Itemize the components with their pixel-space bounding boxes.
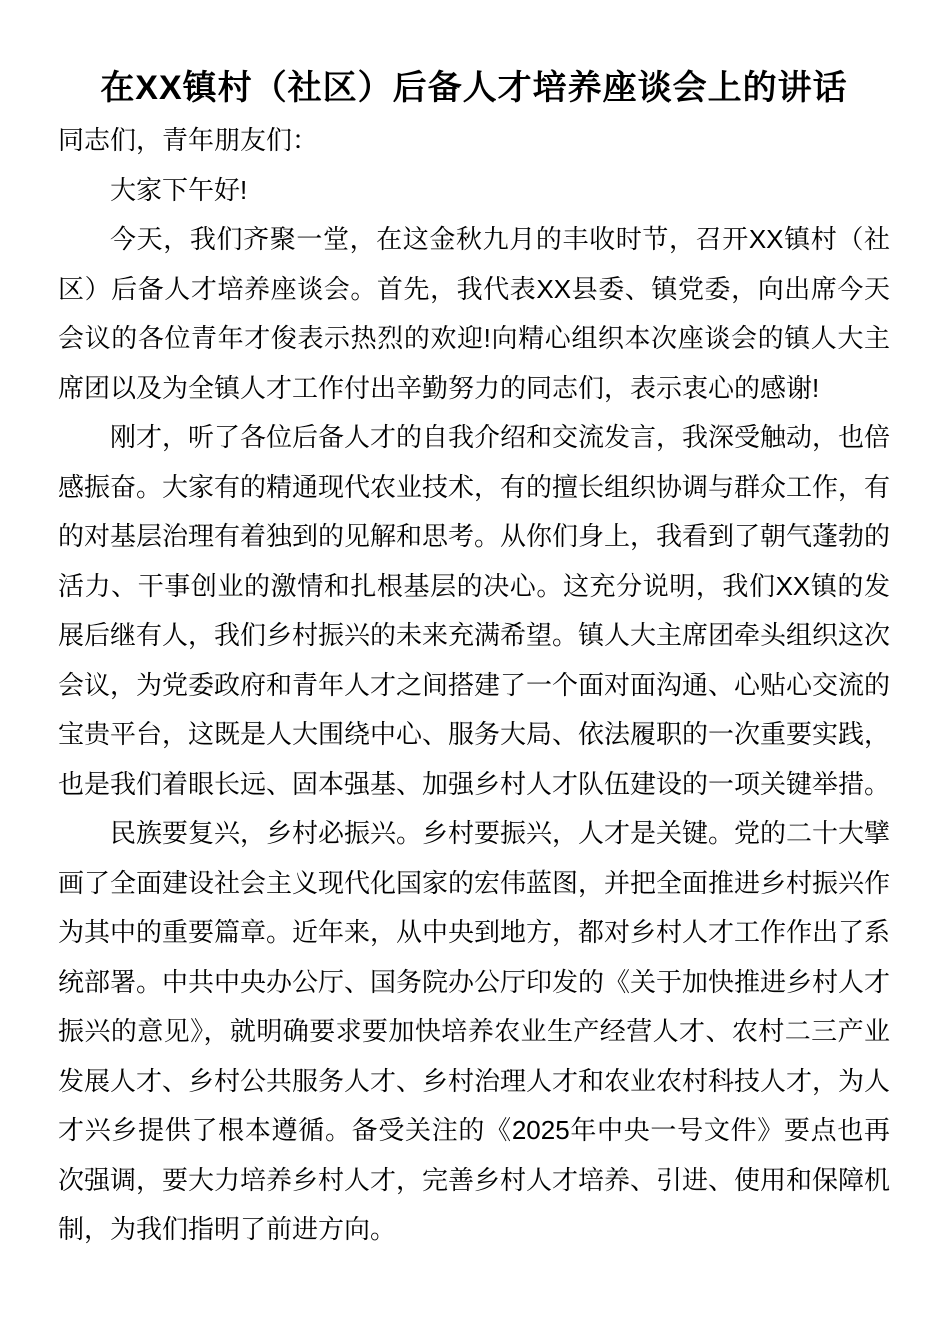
body-paragraph-opening: 今天，我们齐聚一堂，在这金秋九月的丰收时节，召开XX镇村（社区）后备人才培养座谈… <box>58 215 890 413</box>
body-paragraph-policy: 民族要复兴，乡村必振兴。乡村要振兴，人才是关键。党的二十大擘画了全面建设社会主义… <box>58 809 890 1255</box>
document-body: 同志们，青年朋友们： 大家下午好! 今天，我们齐聚一堂，在这金秋九月的丰收时节，… <box>58 116 890 1255</box>
body-paragraph-commendation: 刚才，听了各位后备人才的自我介绍和交流发言，我深受触动，也倍感振奋。大家有的精通… <box>58 413 890 809</box>
salutation-line: 同志们，青年朋友们： <box>58 116 890 166</box>
document-page: 在XX镇村（社区）后备人才培养座谈会上的讲话 同志们，青年朋友们： 大家下午好!… <box>0 0 950 1344</box>
document-title: 在XX镇村（社区）后备人才培养座谈会上的讲话 <box>58 60 890 116</box>
greeting-line: 大家下午好! <box>58 166 890 216</box>
